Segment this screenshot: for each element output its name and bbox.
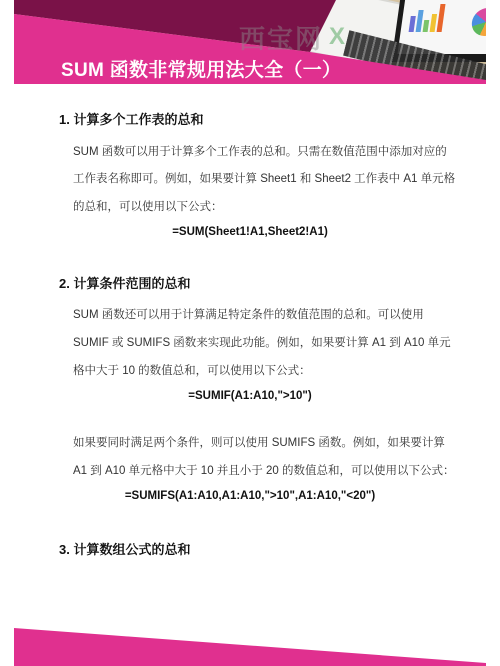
chart-bar xyxy=(437,4,446,32)
header-banner: 西宝网 X SUM 函数非常规用法大全（一） xyxy=(14,0,486,84)
pie-chart-icon xyxy=(470,8,486,36)
paragraph-line: 的总和，可以使用以下公式： xyxy=(73,198,223,214)
formula: =SUMIFS(A1:A10,A1:A10,">10",A1:A10,"<20"… xyxy=(0,490,500,502)
footer-pink-band xyxy=(14,628,486,666)
paragraph-line: SUM 函数可以用于计算多个工作表的总和。只需在数值范围中添加对应的 xyxy=(73,143,447,159)
section-heading-2: 2. 计算条件范围的总和 xyxy=(59,273,190,292)
watermark-text: 西宝网 xyxy=(239,19,323,56)
chart-bar xyxy=(409,16,416,32)
paragraph-line: 格中大于 10 的数值总和，可以使用以下公式： xyxy=(73,362,311,378)
paragraph-line: 工作表名称即可。例如，如果要计算 Sheet1 和 Sheet2 工作表中 A1… xyxy=(73,170,455,186)
excel-logo-icon: X xyxy=(329,23,347,51)
section-heading-1: 1. 计算多个工作表的总和 xyxy=(59,109,203,128)
formula: =SUM(Sheet1!A1,Sheet2!A1) xyxy=(0,226,500,238)
paragraph-line: SUMIF 或 SUMIFS 函数来实现此功能。例如，如果要计算 A1 到 A1… xyxy=(73,334,451,350)
paragraph-line: A1 到 A10 单元格中大于 10 并且小于 20 的数值总和，可以使用以下公… xyxy=(73,462,454,478)
watermark: 西宝网 X xyxy=(239,22,347,52)
paragraph-line: SUM 函数还可以用于计算满足特定条件的数值范围的总和。可以使用 xyxy=(73,306,424,322)
page-title: SUM 函数非常规用法大全（一） xyxy=(61,55,341,82)
chart-bar xyxy=(423,20,430,32)
section-heading-3: 3. 计算数组公式的总和 xyxy=(59,539,190,558)
paragraph-line: 如果要同时满足两个条件，则可以使用 SUMIFS 函数。例如，如果要计算 xyxy=(73,434,445,450)
formula: =SUMIF(A1:A10,">10") xyxy=(0,390,500,402)
